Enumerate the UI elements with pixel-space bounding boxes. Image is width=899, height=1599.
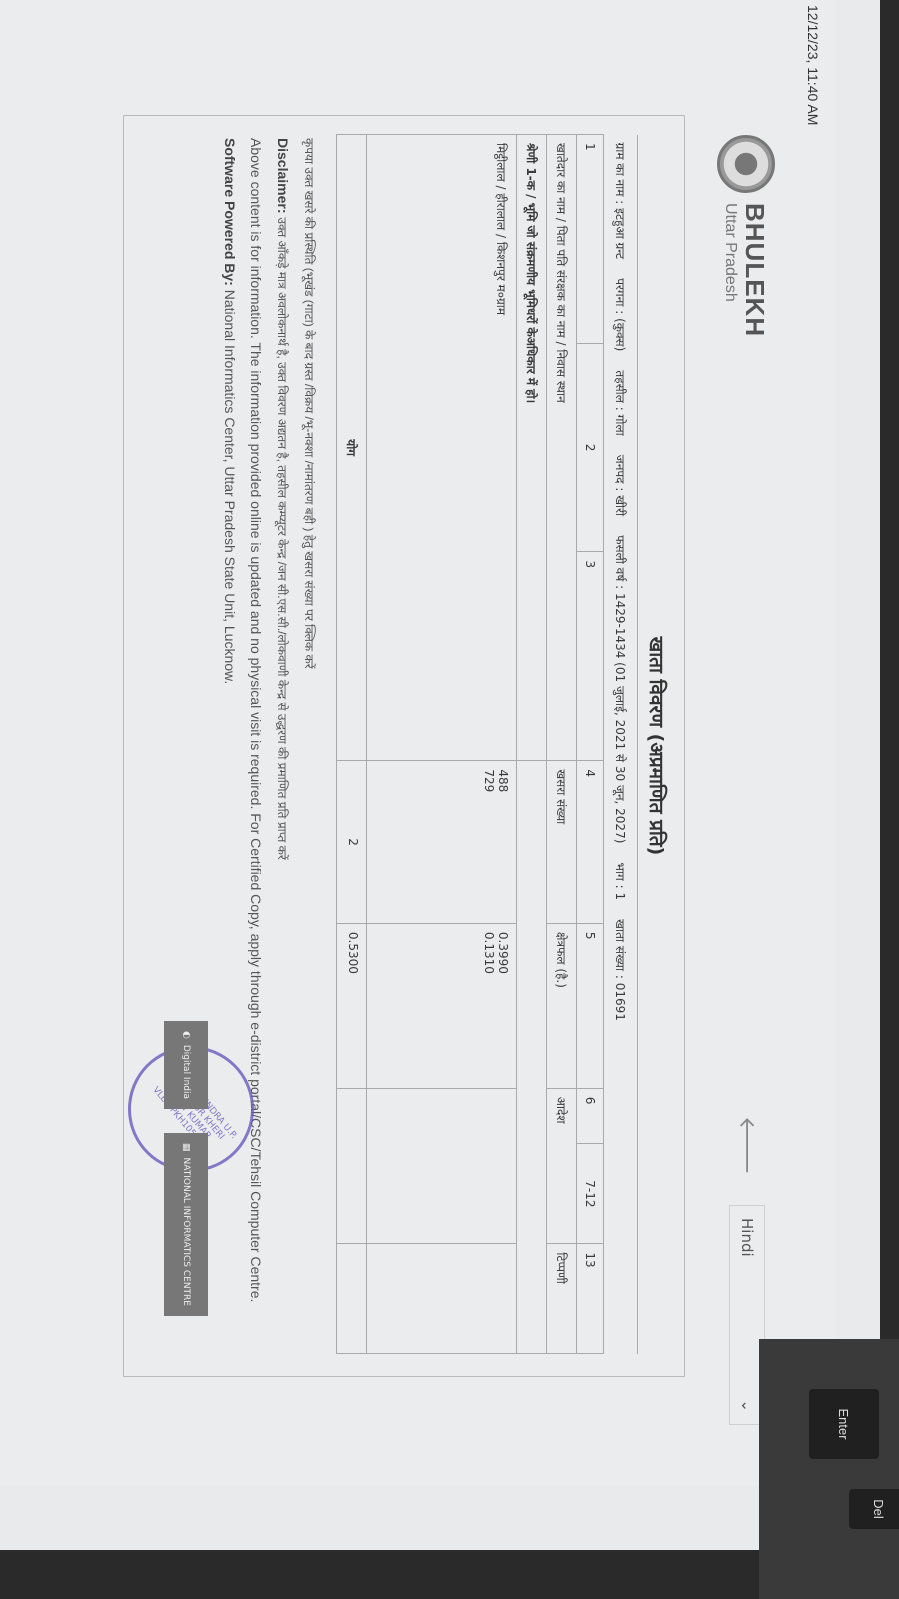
enter-key: Enter [809,1389,879,1459]
keyboard: Enter Del [759,1339,899,1599]
digital-india-logo: ◐Digital India [164,1021,208,1109]
digital-india-icon: ◐ [181,1031,191,1039]
header-row: खातेदार का नाम / पिता पति संरक्षक का नाम… [547,135,577,1354]
language-selected: Hindi [738,1218,756,1257]
arrow-back-icon[interactable]: 🡐 [734,1116,760,1175]
powered-text: National Informatics Center, Uttar Prade… [222,290,238,685]
column-number-row: 1 2 3 4 5 6 7-12 13 [577,135,604,1354]
col-num: 7-12 [577,1144,604,1244]
khasra-link[interactable]: 729 [482,769,496,915]
page-title: खाता विवरण (अप्रमाणित प्रति) [644,116,670,1376]
chevron-down-icon: ⌄ [738,1399,756,1412]
total-area: 0.5300 [337,923,367,1088]
owner-name: मिट्ठीलाल / हीरालाल / किशनपुर म०ग्राम [367,135,517,761]
category-row: श्रेणी 1-क / भूमि जो संक्रमणीय भूमिधरों … [517,135,547,1354]
col-num: 13 [577,1244,604,1354]
header-khasra: खसरा संख्या [547,761,577,924]
village-name: ग्राम का नाम : इटहुआ ग्रन्ट [613,143,627,260]
notes: कृपया उक्त खसरे की प्रस्थिति (भूखंड (गाट… [217,138,322,1354]
table-row: मिट्ठीलाल / हीरालाल / किशनपुर म०ग्राम 48… [367,135,517,1354]
district: जनपद : खीरी [613,455,627,516]
brand-name: BHULEKH [740,203,771,337]
total-row: योग 2 0.5300 [337,135,367,1354]
category-label: श्रेणी 1-क / भूमि जो संक्रमणीय भूमिधरों … [517,135,547,761]
del-key: Del [849,1489,899,1529]
nic-logo: ▦NATIONAL INFORMATICS CENTRE [164,1133,208,1316]
khasra-link[interactable]: 488 [496,769,510,915]
tehsil: तहसील : गोला [613,370,627,435]
header-owner: खातेदार का नाम / पिता पति संरक्षक का नाम… [547,135,577,761]
print-timestamp: 12/12/23, 11:40 AM [805,5,821,125]
pargana: परगना : (कुक्स) [613,278,627,351]
col-num: 2 [577,343,604,552]
col-num: 4 [577,761,604,924]
header-remark: टिप्पणी [547,1244,577,1354]
total-label: योग [337,135,367,761]
click-note: कृपया उक्त खसरे की प्रस्थिति (भूखंड (गाट… [296,138,322,1354]
bhulekh-page: 12/12/23, 11:40 AM BHULEKH Uttar Pradesh… [0,0,835,1485]
nic-icon: ▦ [181,1143,191,1152]
fasli-year: फसली वर्ष : 1429-1434 (01 जुलाई, 2021 से… [613,535,627,843]
disclaimer-hindi: उक्त आँकड़े मात्र अवलोकनार्थ है, उक्त वि… [275,217,289,859]
khata-details: खाता विवरण (अप्रमाणित प्रति) ग्राम का ना… [123,115,685,1377]
area-value: 0.3990 [496,932,510,1080]
col-num: 6 [577,1088,604,1144]
col-num: 5 [577,923,604,1088]
col-num: 3 [577,552,604,761]
paper-background: 12/12/23, 11:40 AM BHULEKH Uttar Pradesh… [0,0,880,1550]
info-english: Above content is for information. The in… [243,138,269,1354]
disclaimer-label: Disclaimer: [275,138,291,213]
khata-number: खाता संख्या : 01691 [613,919,627,1021]
header-order: आदेश [547,1088,577,1244]
powered-label: Software Powered By: [222,138,238,286]
col-num: 1 [577,135,604,344]
bhag: भाग : 1 [613,862,627,900]
up-state-emblem-icon [717,135,775,193]
total-count: 2 [337,761,367,924]
header-area: क्षेत्रफल (है.) [547,923,577,1088]
brand: BHULEKH Uttar Pradesh [717,135,775,337]
footer-logos: ◐Digital India ▦NATIONAL INFORMATICS CEN… [164,1021,208,1316]
khata-table: ग्राम का नाम : इटहुआ ग्रन्ट परगना : (कुक… [336,134,638,1354]
area-value: 0.1310 [482,932,496,1080]
brand-state: Uttar Pradesh [722,203,740,337]
